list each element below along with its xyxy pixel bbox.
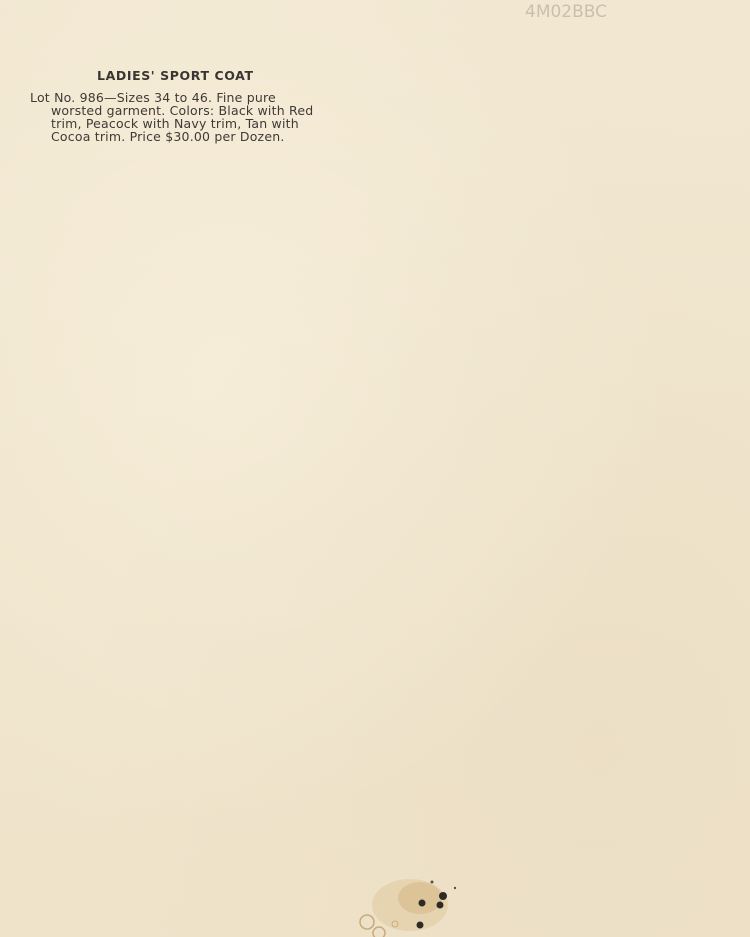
description-line: Cocoa trim. Price $30.00 per Dozen.	[30, 130, 330, 143]
item-description: Lot No. 986—Sizes 34 to 46. Fine pure wo…	[30, 91, 330, 143]
catalog-page: 4M02BBC LADIES' SPORT COAT Lot No. 986—S…	[0, 0, 750, 937]
item-title: LADIES' SPORT COAT	[97, 68, 254, 83]
pencil-archive-mark: 4M02BBC	[525, 2, 607, 22]
water-stain-icon	[355, 870, 460, 937]
